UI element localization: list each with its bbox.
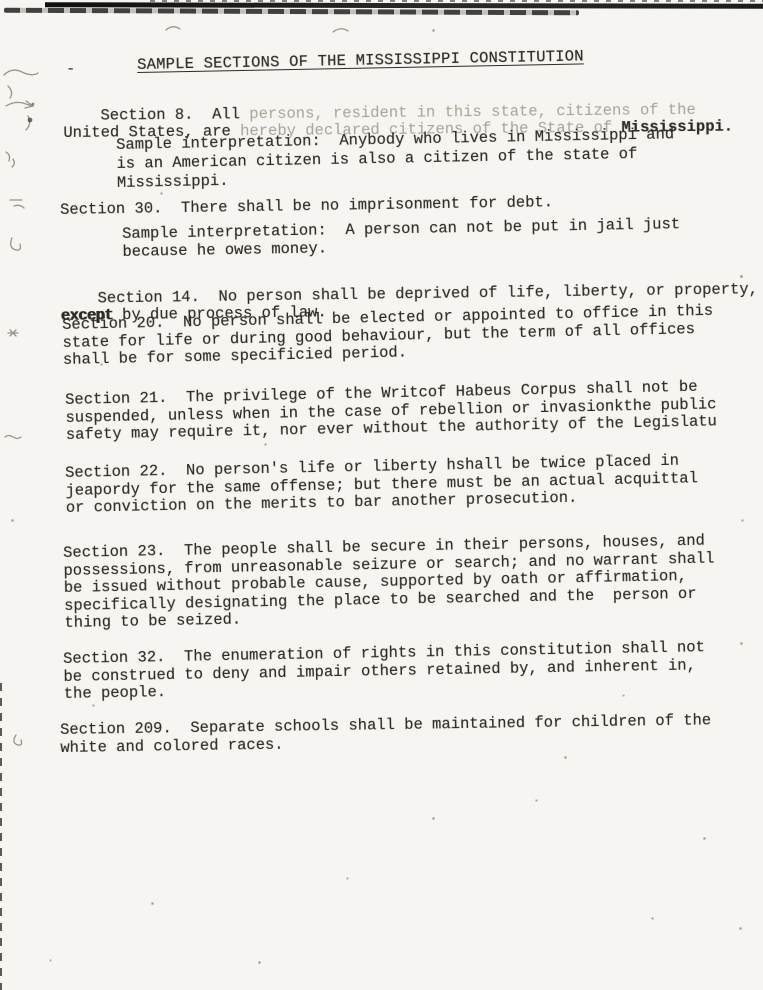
margin-dash: -: [66, 60, 75, 78]
smudge-mark: [6, 152, 14, 167]
smudge-mark: [5, 436, 21, 439]
smudge-mark: [14, 735, 22, 745]
document-page: - SAMPLE SECTIONS OF THE MISSISSIPPI CON…: [0, 0, 763, 990]
section-8-run-dark: Section 8. All: [100, 105, 249, 124]
section-30-paragraph: Section 30. There shall be no imprisonme…: [60, 194, 553, 219]
scan-left-dashed-line: [0, 683, 2, 990]
speckle-dots: [0, 0, 1, 1]
section-32-paragraph: Section 32. The enumeration of rights in…: [63, 639, 706, 703]
section-209-paragraph: Section 209. Separate schools shall be m…: [60, 712, 712, 757]
smudge-mark: [26, 116, 30, 130]
smudge-mark: [8, 86, 12, 98]
smudge-mark: [4, 70, 38, 75]
section-23-paragraph: Section 23. The people shall be secure i…: [63, 533, 716, 633]
smudge-mark: [10, 200, 24, 208]
ink-blot: [28, 118, 33, 123]
smudge-mark: [6, 101, 33, 108]
smudge-mark: [333, 29, 348, 32]
document-title: SAMPLE SECTIONS OF THE MISSISSIPPI CONST…: [137, 47, 584, 74]
smudge-mark: [11, 238, 21, 250]
section-8-interpretation: Sample interpretation: Anybody who lives…: [116, 125, 675, 193]
smudge-mark: [8, 330, 18, 336]
scan-top-fuzzy-band: [4, 8, 579, 16]
section-21-paragraph: Section 21. The privilege of the Writcof…: [65, 378, 717, 444]
section-22-paragraph: Section 22. No person's life or liberty …: [65, 452, 698, 517]
section-30-interpretation: Sample interpretation: A person can not …: [122, 215, 681, 261]
ink-blot: [32, 103, 35, 106]
smudge-mark: [166, 27, 180, 30]
